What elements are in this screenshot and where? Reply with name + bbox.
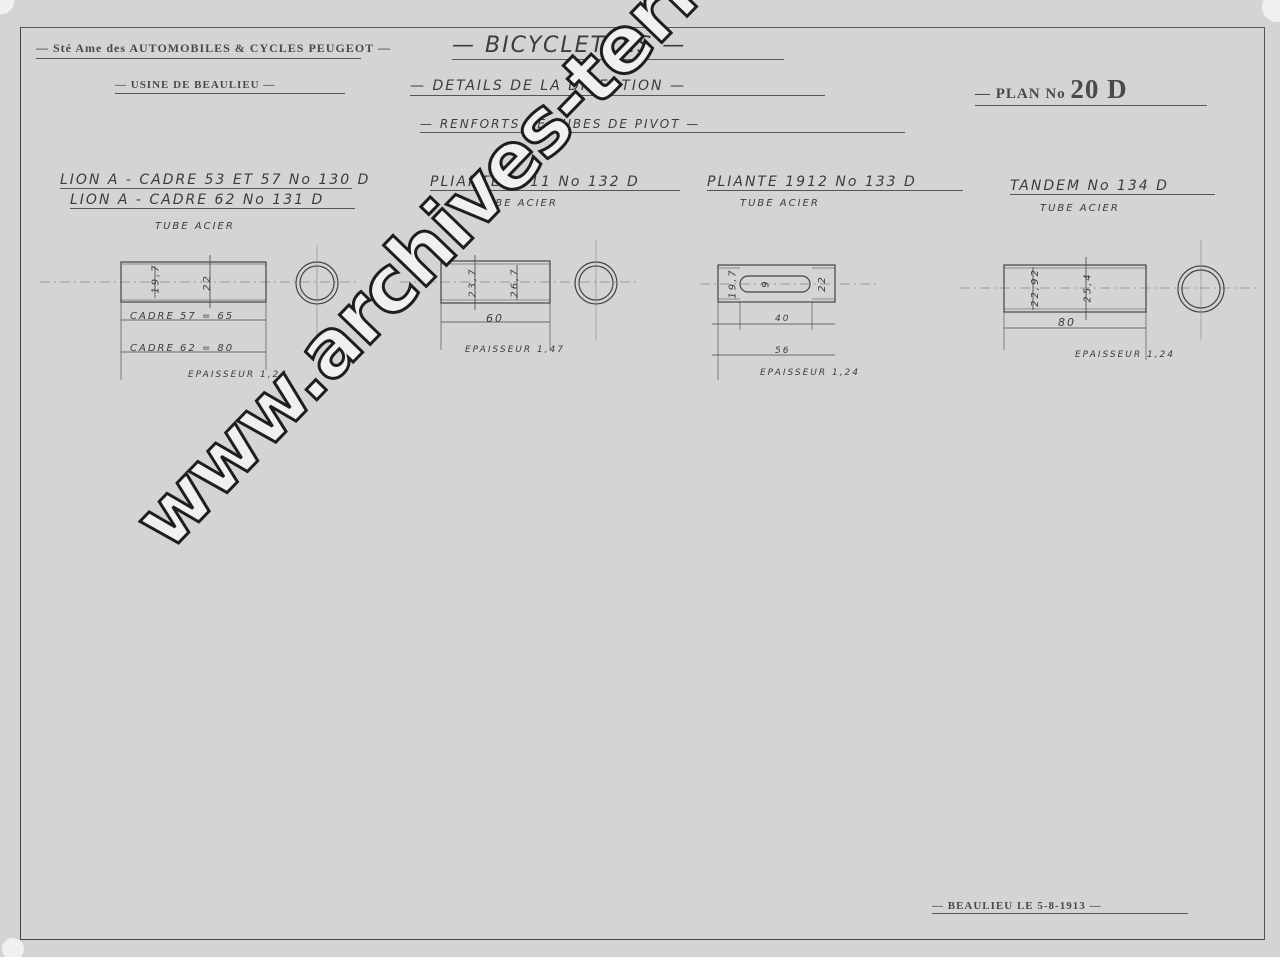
dim-130d-outer: 22	[202, 274, 213, 291]
dim-133d-len2: 56	[775, 346, 790, 356]
thickness-133d: EPAISSEUR 1,24	[760, 368, 860, 378]
date-line: — BEAULIEU LE 5-8-1913 —	[932, 900, 1188, 914]
dim-133d-outer: 22	[817, 275, 828, 292]
dim-133d-slot: 9	[761, 279, 772, 287]
dim-130d-len1: CADRE 57 = 65	[130, 311, 234, 322]
thickness-134d: EPAISSEUR 1,24	[1075, 350, 1175, 360]
dim-134d-len: 80	[1058, 316, 1076, 329]
drawing-sheet: — Sté Ame des AUTOMOBILES & CYCLES PEUGE…	[0, 0, 1280, 957]
dim-132d-len: 60	[486, 312, 504, 325]
dim-133d-len1: 40	[775, 314, 790, 324]
dim-134d-outer: 25,4	[1083, 272, 1094, 302]
date-text: BEAULIEU LE 5-8-1913	[948, 900, 1086, 912]
dim-132d-outer: 26,7	[510, 267, 521, 297]
dim-134d-inner: 22,92	[1030, 268, 1041, 307]
dim-130d-inner: 19,7	[151, 263, 162, 293]
dim-130d-len2: CADRE 62 = 80	[130, 343, 234, 354]
thickness-132d: EPAISSEUR 1,47	[465, 345, 565, 355]
dim-133d-inner: 19,7	[728, 268, 739, 298]
dim-132d-inner: 23,7	[468, 267, 479, 297]
